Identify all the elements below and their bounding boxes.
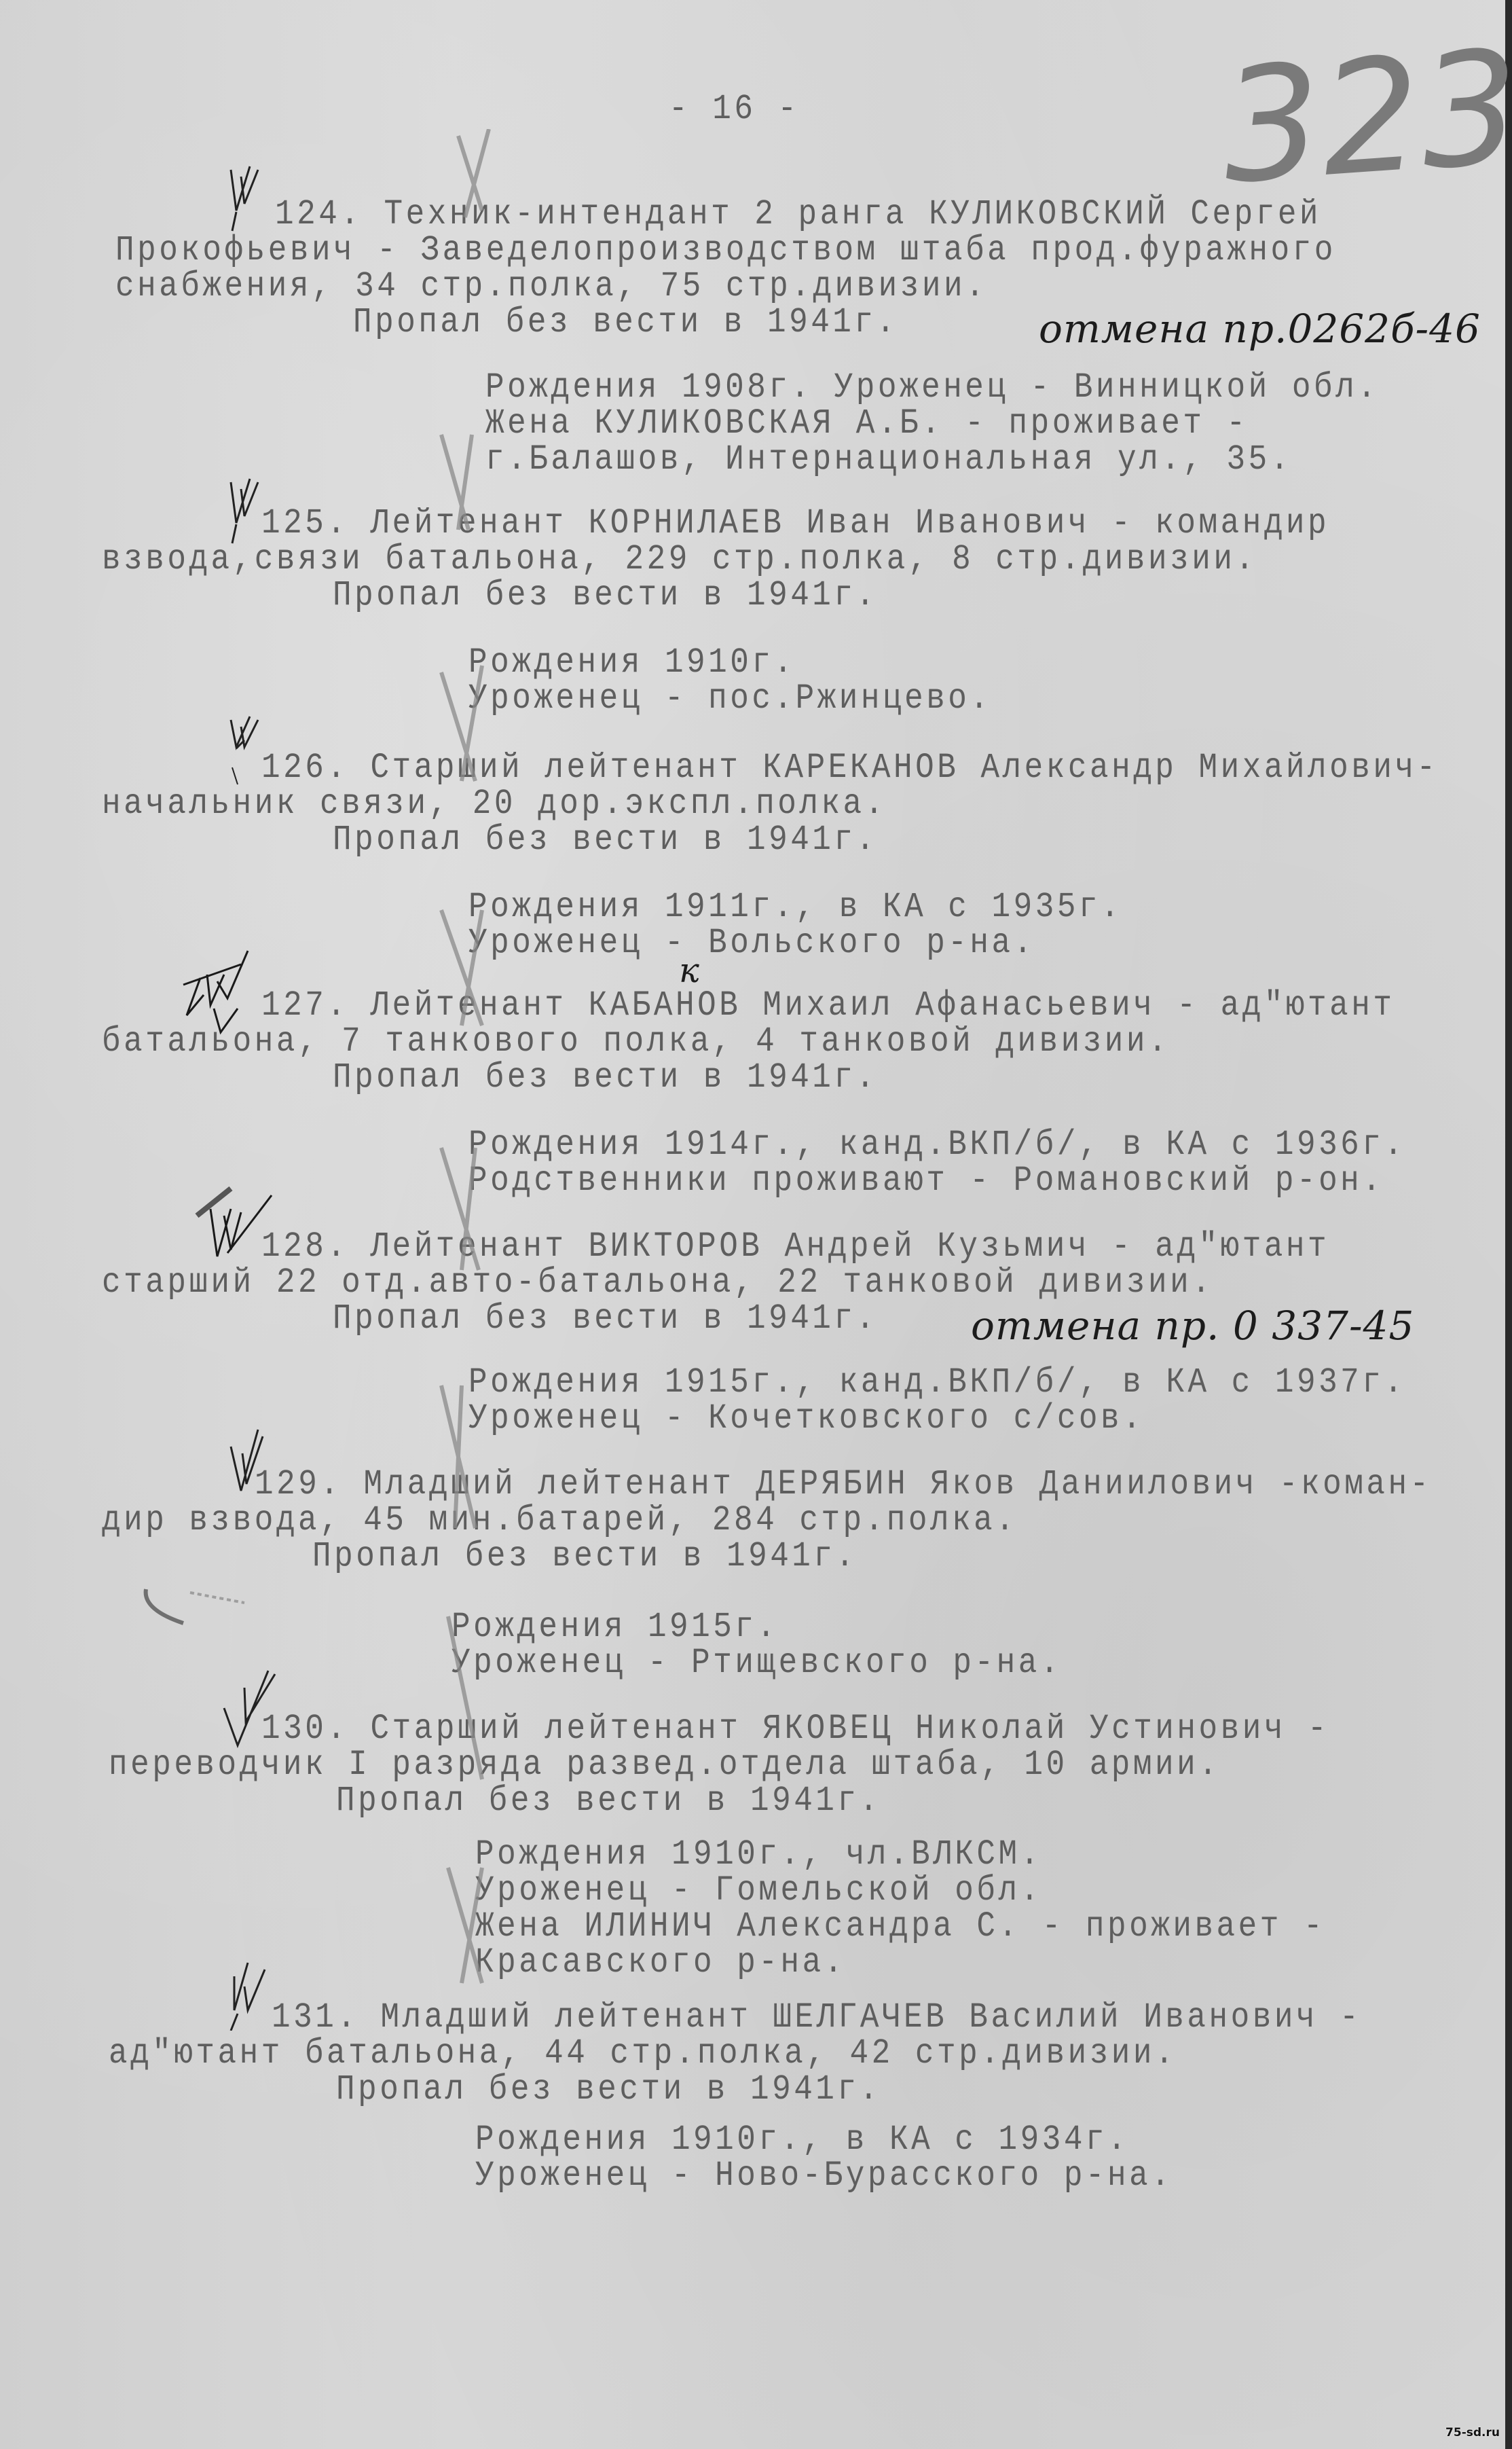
- entry-line: Лейтенант КАБАНОВ Михаил Афанасьевич - а…: [371, 986, 1395, 1026]
- entry-detail: Уроженец - пос.Ржинцево.: [468, 681, 992, 716]
- entry-detail: Рождения 1910г.: [468, 645, 796, 681]
- entry-line: Старший лейтенант КАРЕКАНОВ Александр Ми…: [371, 748, 1439, 788]
- handwritten-correction: к: [679, 951, 700, 990]
- entry-detail: г.Балашов, Интернациональная ул., 35.: [485, 442, 1292, 477]
- entry-detail: Рождения 1911г., в КА с 1935г.: [468, 890, 1122, 925]
- entry-detail: Родственники проживают - Романовский р-о…: [468, 1163, 1384, 1199]
- site-watermark: 75-sd.ru: [1445, 2426, 1500, 2439]
- entry-detail: Уроженец - Кочетковского с/сов.: [468, 1401, 1144, 1436]
- check-mark-icon: [221, 1426, 282, 1501]
- entry-line: Младший лейтенант ДЕРЯБИН Яков Даниилови…: [364, 1465, 1432, 1504]
- scan-edge: [1505, 0, 1512, 2449]
- entry-status: Пропал без вести в 1941г.: [336, 2072, 881, 2107]
- entry-line: ад"ютант батальона, 44 стр.полка, 42 стр…: [109, 2036, 1177, 2071]
- entry-detail: Жена КУЛИКОВСКАЯ А.Б. - проживает -: [485, 406, 1249, 441]
- entry-line: снабжения, 34 стр.полка, 75 стр.дивизии.: [115, 269, 987, 304]
- entry-detail: Рождения 1915г., канд.ВКП/б/, в КА с 193…: [468, 1365, 1406, 1400]
- entry-detail: Уроженец - Ртищевского р-на.: [451, 1646, 1062, 1681]
- handwritten-annotation: отмена пр. 0 337-45: [971, 1303, 1414, 1349]
- archive-sheet-number: 323: [1216, 17, 1512, 219]
- entry-detail: Жена ИЛИНИЧ Александра С. - проживает -: [475, 1909, 1325, 1944]
- pencil-cross-marks: [407, 129, 516, 1997]
- entry-detail: Уроженец - Вольского р-на.: [468, 926, 1035, 961]
- check-mark-icon: [217, 1956, 278, 2031]
- entry-line: переводчик I разряда развед.отдела штаба…: [109, 1747, 1220, 1783]
- check-mark-icon: [217, 1667, 285, 1749]
- page-number: - 16 -: [669, 92, 800, 127]
- entry-line: дир взвода, 45 мин.батарей, 284 стр.полк…: [102, 1503, 1017, 1538]
- entry-line: Техник-интендант 2 ранга КУЛИКОВСКИЙ Сер…: [384, 195, 1322, 234]
- check-mark-icon: [217, 713, 278, 788]
- entry-detail: Уроженец - Гомельской обл.: [475, 1873, 1042, 1908]
- handwritten-annotation: отмена пр.0262б-46: [1039, 306, 1481, 352]
- entry-number: 131.: [272, 1998, 358, 2037]
- check-mark-icon: [217, 163, 278, 238]
- entry-detail: Красавского р-на.: [475, 1945, 846, 1980]
- ink-smudge: [136, 1582, 312, 1637]
- entry-detail: Рождения 1914г., канд.ВКП/б/, в КА с 193…: [468, 1127, 1406, 1163]
- entry-detail: Рождения 1910г., в КА с 1934г.: [475, 2122, 1129, 2158]
- check-mark-icon: [177, 947, 272, 1036]
- entry-detail: Рождения 1910г., чл.ВЛКСМ.: [475, 1837, 1042, 1872]
- entry-line: Младший лейтенант ШЕЛГАЧЕВ Василий Ивано…: [381, 1998, 1362, 2037]
- entry-number: 124.: [275, 195, 362, 234]
- entry-detail: Уроженец - Ново-Бурасского р-на.: [475, 2158, 1173, 2194]
- entry-detail: Рождения 1908г. Уроженец - Винницкой обл…: [485, 370, 1379, 405]
- check-mark-icon: [217, 475, 278, 550]
- entry-number: 127.: [261, 986, 348, 1026]
- check-mark-icon: [190, 1175, 285, 1263]
- entry-line: старший 22 отд.авто-батальона, 22 танков…: [102, 1265, 1213, 1301]
- entry-line: Прокофьевич - Заведелопроизводством штаб…: [115, 233, 1336, 268]
- entry-status: Пропал без вести в 1941г.: [312, 1539, 858, 1574]
